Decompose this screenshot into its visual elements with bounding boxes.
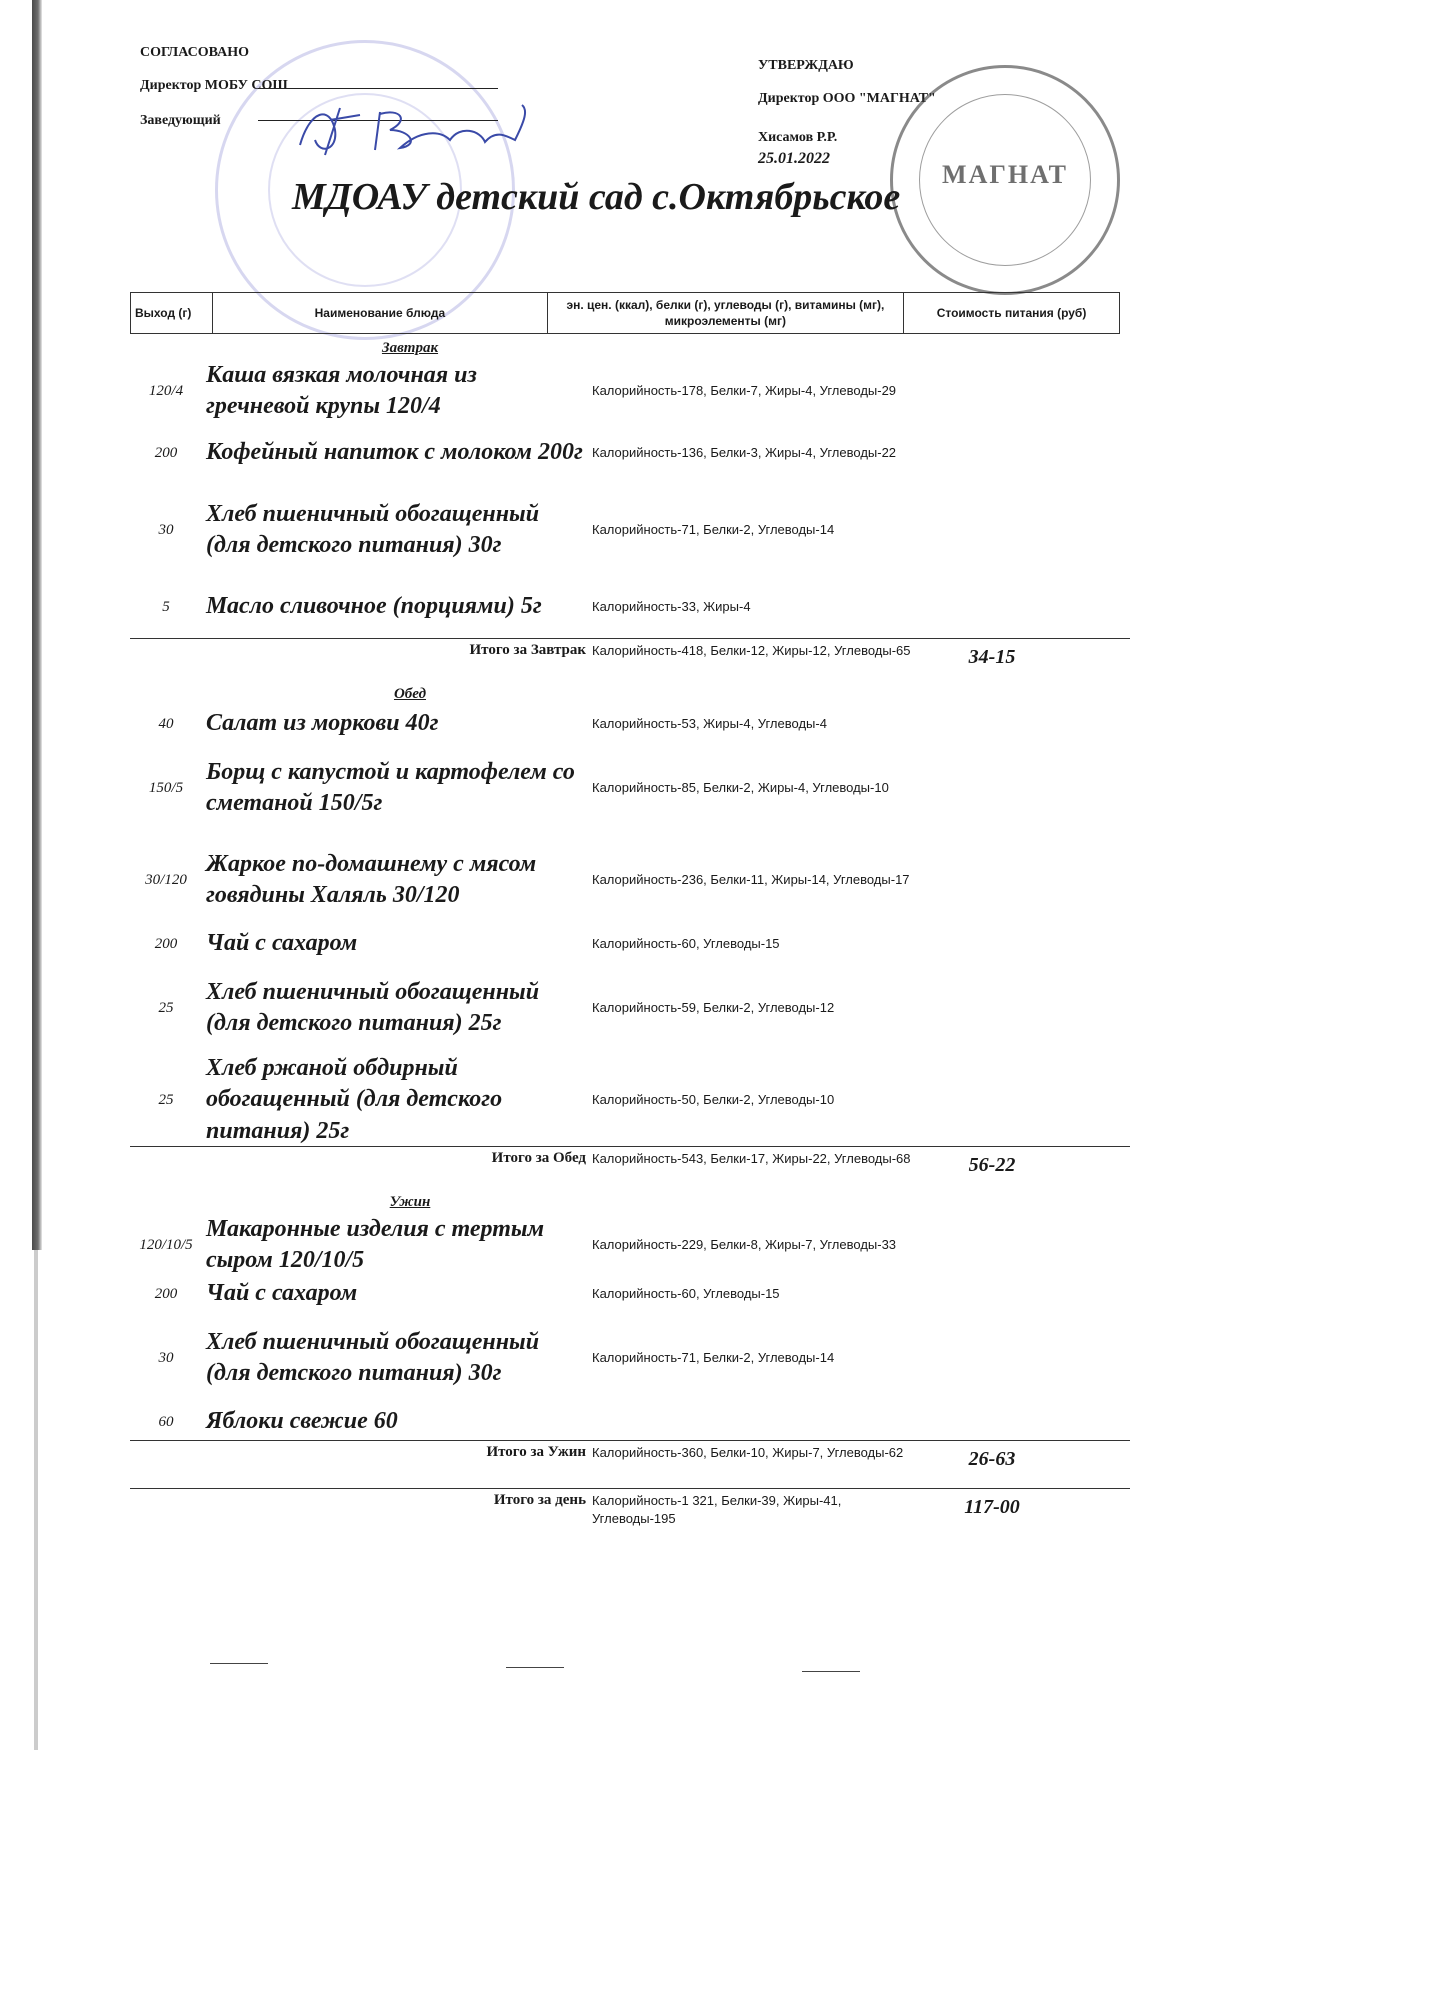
meal-title: Обед <box>130 686 1130 706</box>
dish-output: 60 <box>130 1414 202 1431</box>
dish-output: 200 <box>130 445 202 462</box>
meal-total-nutrition: Калорийность-360, Белки-10, Жиры-7, Угле… <box>590 1444 922 1488</box>
meal-total-nutrition: Калорийность-543, Белки-17, Жиры-22, Угл… <box>590 1150 922 1194</box>
dish-nutrition: Калорийность-85, Белки-2, Жиры-4, Углево… <box>586 779 922 797</box>
agreed-director: Директор МОБУ СОШ <box>140 78 288 94</box>
dish-name: Хлеб пшеничный обогащенный (для детского… <box>202 977 586 1039</box>
dish-nutrition: Калорийность-71, Белки-2, Углеводы-14 <box>586 521 922 539</box>
meal-title: Завтрак <box>130 340 1130 360</box>
dish-nutrition: Калорийность-59, Белки-2, Углеводы-12 <box>586 999 922 1017</box>
meal-total-cost: 26-63 <box>922 1444 1062 1488</box>
dish-row: 30Хлеб пшеничный обогащенный (для детско… <box>130 1312 1130 1404</box>
dish-row: 25Хлеб ржаной обдирный обогащенный (для … <box>130 1054 1130 1146</box>
dish-name: Яблоки свежие 60 <box>202 1406 586 1437</box>
dish-nutrition: Калорийность-178, Белки-7, Жиры-4, Углев… <box>586 382 922 400</box>
dish-row: 40Салат из моркови 40гКалорийность-53, Ж… <box>130 706 1130 742</box>
approved-name: Хисамов Р.Р. <box>758 130 837 146</box>
dish-output: 200 <box>130 1286 202 1303</box>
dish-output: 30/120 <box>130 872 202 889</box>
dish-row: 5Масло сливочное (порциями) 5гКалорийнос… <box>130 576 1130 638</box>
dish-nutrition: Калорийность-236, Белки-11, Жиры-14, Угл… <box>586 871 922 889</box>
dish-nutrition: Калорийность-33, Жиры-4 <box>586 598 922 616</box>
meal-title: Ужин <box>130 1194 1130 1214</box>
dish-name: Борщ с капустой и картофелем со сметаной… <box>202 757 586 819</box>
signature-blank <box>506 1667 564 1668</box>
column-output: Выход (г) <box>131 293 213 334</box>
dish-output: 25 <box>130 1000 202 1017</box>
dish-nutrition: Калорийность-71, Белки-2, Углеводы-14 <box>586 1349 922 1367</box>
meal-total-cost: 34-15 <box>922 642 1062 686</box>
dish-output: 120/10/5 <box>130 1237 202 1254</box>
dish-output: 150/5 <box>130 780 202 797</box>
dish-row: 25Хлеб пшеничный обогащенный (для детско… <box>130 962 1130 1054</box>
dish-name: Хлеб пшеничный обогащенный (для детского… <box>202 1327 586 1389</box>
signature-blank <box>802 1671 860 1672</box>
meal-total-row: Итого за ОбедКалорийность-543, Белки-17,… <box>130 1146 1130 1194</box>
dish-output: 30 <box>130 1350 202 1367</box>
dish-name: Макаронные изделия с тертым сыром 120/10… <box>202 1214 586 1276</box>
agreed-heading: СОГЛАСОВАНО <box>140 45 249 61</box>
agreed-head: Заведующий <box>140 113 221 129</box>
meal-total-cost: 56-22 <box>922 1150 1062 1194</box>
stamp-company-name: МАГНАТ <box>893 160 1117 190</box>
scan-edge-shadow <box>32 0 42 1250</box>
dish-nutrition: Калорийность-60, Углеводы-15 <box>586 935 922 953</box>
meal-total-row: Итого за ЗавтракКалорийность-418, Белки-… <box>130 638 1130 686</box>
dish-output: 200 <box>130 936 202 953</box>
meal-section-2: Ужин120/10/5Макаронные изделия с тертым … <box>130 1194 1130 1488</box>
approval-date: 25.01.2022 <box>758 150 830 168</box>
dish-nutrition: Калорийность-60, Углеводы-15 <box>586 1285 922 1303</box>
dish-name: Масло сливочное (порциями) 5г <box>202 591 586 622</box>
dish-row: 120/4Каша вязкая молочная из гречневой к… <box>130 360 1130 422</box>
dish-name: Хлеб пшеничный обогащенный (для детского… <box>202 499 586 561</box>
dish-row: 150/5 Борщ с капустой и картофелем со см… <box>130 742 1130 834</box>
dish-output: 5 <box>130 599 202 616</box>
dish-name: Хлеб ржаной обдирный обогащенный (для де… <box>202 1053 586 1147</box>
menu-content: Завтрак120/4Каша вязкая молочная из греч… <box>130 340 1130 1536</box>
signature-line <box>258 88 498 89</box>
handwritten-signature <box>290 100 530 160</box>
column-dish-name: Наименование блюда <box>213 293 548 334</box>
dish-row: 200Кофейный напиток с молоком 200гКалори… <box>130 422 1130 484</box>
meal-total-label: Итого за Ужин <box>130 1444 590 1488</box>
approved-director: Директор ООО "МАГНАТ" <box>758 91 936 107</box>
dish-name: Жаркое по-домашнему с мясом говядины Хал… <box>202 849 586 911</box>
meal-total-label: Итого за Обед <box>130 1150 590 1194</box>
dish-row: 30Хлеб пшеничный обогащенный (для детско… <box>130 484 1130 576</box>
dish-output: 40 <box>130 716 202 733</box>
meal-total-label: Итого за Завтрак <box>130 642 590 686</box>
meal-section-0: Завтрак120/4Каша вязкая молочная из греч… <box>130 340 1130 686</box>
day-total-label: Итого за день <box>130 1492 590 1536</box>
dish-row: 30/120Жаркое по-домашнему с мясом говяди… <box>130 834 1130 926</box>
menu-table-header: Выход (г) Наименование блюда эн. цен. (к… <box>130 292 1120 334</box>
dish-nutrition: Калорийность-136, Белки-3, Жиры-4, Углев… <box>586 444 922 462</box>
column-nutrition: эн. цен. (ккал), белки (г), углеводы (г)… <box>547 293 903 334</box>
company-stamp: МАГНАТ <box>890 65 1120 295</box>
dish-name: Каша вязкая молочная из гречневой крупы … <box>202 360 586 422</box>
dish-name: Кофейный напиток с молоком 200г <box>202 437 586 468</box>
dish-row: 120/10/5Макаронные изделия с тертым сыро… <box>130 1214 1130 1276</box>
dish-name: Чай с сахаром <box>202 928 586 959</box>
meal-total-nutrition: Калорийность-418, Белки-12, Жиры-12, Угл… <box>590 642 922 686</box>
signature-blank <box>210 1663 268 1664</box>
dish-output: 30 <box>130 522 202 539</box>
column-cost: Стоимость питания (руб) <box>904 293 1120 334</box>
dish-row: 200Чай с сахаромКалорийность-60, Углевод… <box>130 926 1130 962</box>
meal-section-1: Обед40Салат из моркови 40гКалорийность-5… <box>130 686 1130 1194</box>
day-total-nutrition: Калорийность-1 321, Белки-39, Жиры-41, У… <box>590 1492 922 1536</box>
dish-name: Чай с сахаром <box>202 1278 586 1309</box>
page-title: МДОАУ детский сад с.Октябрьское <box>292 175 900 219</box>
dish-row: 200Чай с сахаромКалорийность-60, Углевод… <box>130 1276 1130 1312</box>
dish-name: Салат из моркови 40г <box>202 708 586 739</box>
dish-row: 60Яблоки свежие 60 <box>130 1404 1130 1440</box>
dish-nutrition: Калорийность-53, Жиры-4, Углеводы-4 <box>586 715 922 733</box>
dish-nutrition: Калорийность-229, Белки-8, Жиры-7, Углев… <box>586 1236 922 1254</box>
meal-total-row: Итого за УжинКалорийность-360, Белки-10,… <box>130 1440 1130 1488</box>
day-total-row: Итого за деньКалорийность-1 321, Белки-3… <box>130 1488 1130 1536</box>
approved-heading: УТВЕРЖДАЮ <box>758 58 854 74</box>
scan-edge-shadow <box>34 1250 38 1750</box>
day-total-cost: 117-00 <box>922 1492 1062 1536</box>
dish-output: 120/4 <box>130 383 202 400</box>
dish-output: 25 <box>130 1092 202 1109</box>
dish-nutrition: Калорийность-50, Белки-2, Углеводы-10 <box>586 1091 922 1109</box>
